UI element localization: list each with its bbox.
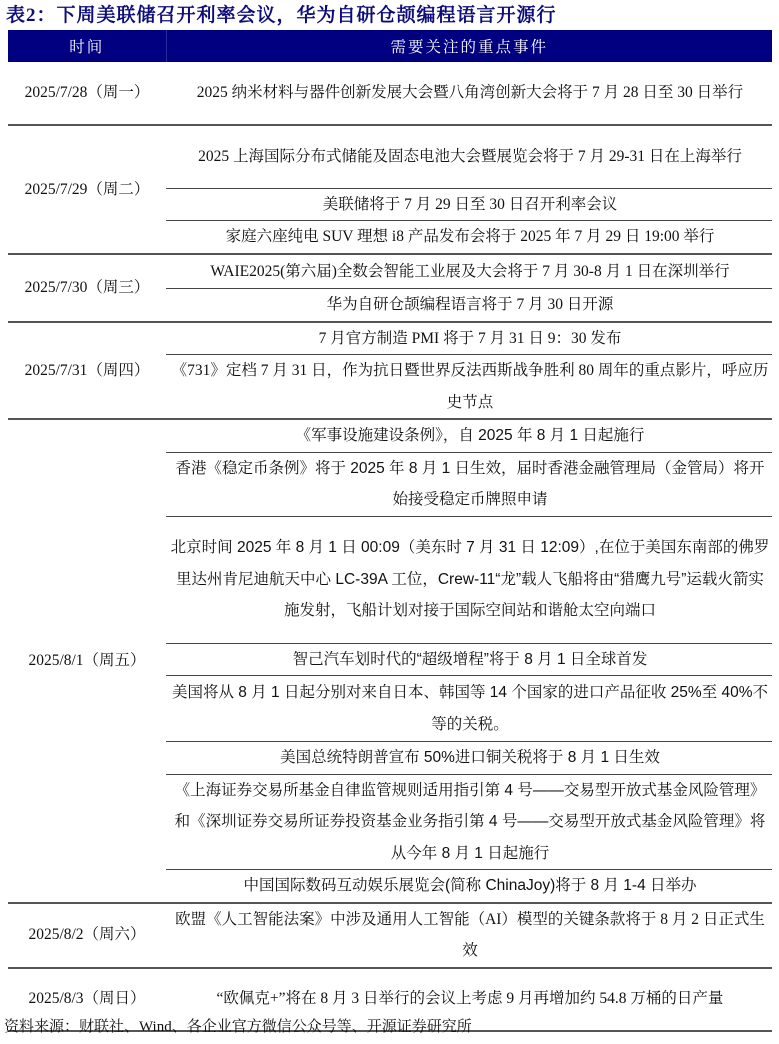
event-cell: 香港《稳定币条例》将于 2025 年 8 月 1 日生效，届时香港金融管理局（金…	[166, 452, 772, 516]
date-cell: 2025/8/2（周六）	[8, 903, 166, 968]
date-cell: 2025/7/30（周三）	[8, 254, 166, 322]
event-cell: 美国总统特朗普宣布 50%进口铜关税将于 8 月 1 日生效	[166, 742, 772, 775]
event-cell: 欧盟《人工智能法案》中涉及通用人工智能（AI）模型的关键条款将于 8 月 2 日…	[166, 903, 772, 968]
event-cell: 《军事设施建设条例》，自 2025 年 8 月 1 日起施行	[166, 419, 772, 452]
table-row: 2025/7/29（周二） 2025 上海国际分布式储能及固态电池大会暨展览会将…	[8, 125, 772, 188]
table-title: 表2：下周美联储召开利率会议，华为自研仓颉编程语言开源行	[6, 2, 557, 30]
column-header-time: 时间	[8, 30, 166, 62]
event-cell: 北京时间 2025 年 8 月 1 日 00:09（美东时 7 月 31 日 1…	[166, 516, 772, 643]
event-cell: 7 月官方制造 PMI 将于 7 月 31 日 9：30 发布	[166, 322, 772, 355]
event-cell: 家庭六座纯电 SUV 理想 i8 产品发布会将于 2025 年 7 月 29 日…	[166, 221, 772, 254]
event-cell: WAIE2025(第六届)全数会智能工业展及大会将于 7 月 30-8 月 1 …	[166, 254, 772, 289]
table-row: 2025/7/28（周一） 2025 纳米材料与器件创新发展大会暨八角湾创新大会…	[8, 62, 772, 125]
event-cell: 美联储将于 7 月 29 日至 30 日召开利率会议	[166, 188, 772, 221]
table-row: 2025/8/2（周六） 欧盟《人工智能法案》中涉及通用人工智能（AI）模型的关…	[8, 903, 772, 968]
table-row: 2025/7/30（周三） WAIE2025(第六届)全数会智能工业展及大会将于…	[8, 254, 772, 289]
table-row: 2025/7/31（周四） 7 月官方制造 PMI 将于 7 月 31 日 9：…	[8, 322, 772, 355]
event-cell: 华为自研仓颉编程语言将于 7 月 30 日开源	[166, 289, 772, 322]
date-cell: 2025/7/28（周一）	[8, 62, 166, 125]
event-cell: 《731》定档 7 月 31 日，作为抗日暨世界反法西斯战争胜利 80 周年的重…	[166, 355, 772, 420]
table-header-row: 时间 需要关注的重点事件	[8, 30, 772, 62]
source-note: 资料来源：财联社、Wind、各企业官方微信公众号等、开源证券研究所	[4, 1016, 472, 1038]
event-cell: 《上海证券交易所基金自律监管规则适用指引第 4 号——交易型开放式基金风险管理》…	[166, 774, 772, 870]
column-header-events: 需要关注的重点事件	[166, 30, 772, 62]
date-cell: 2025/7/29（周二）	[8, 125, 166, 254]
event-cell: 智己汽车划时代的“超级增程”将于 8 月 1 日全球首发	[166, 643, 772, 676]
event-cell: 美国将从 8 月 1 日起分别对来自日本、韩国等 14 个国家的进口产品征收 2…	[166, 676, 772, 742]
event-cell: 中国国际数码互动娱乐展览会(简称 ChinaJoy)将于 8 月 1-4 日举办	[166, 870, 772, 903]
date-cell: 2025/8/1（周五）	[8, 419, 166, 903]
event-cell: 2025 上海国际分布式储能及固态电池大会暨展览会将于 7 月 29-31 日在…	[166, 125, 772, 188]
events-table: 时间 需要关注的重点事件 2025/7/28（周一） 2025 纳米材料与器件创…	[8, 30, 772, 1032]
table-row: 2025/8/1（周五） 《军事设施建设条例》，自 2025 年 8 月 1 日…	[8, 419, 772, 452]
date-cell: 2025/7/31（周四）	[8, 322, 166, 420]
event-cell: 2025 纳米材料与器件创新发展大会暨八角湾创新大会将于 7 月 28 日至 3…	[166, 62, 772, 125]
